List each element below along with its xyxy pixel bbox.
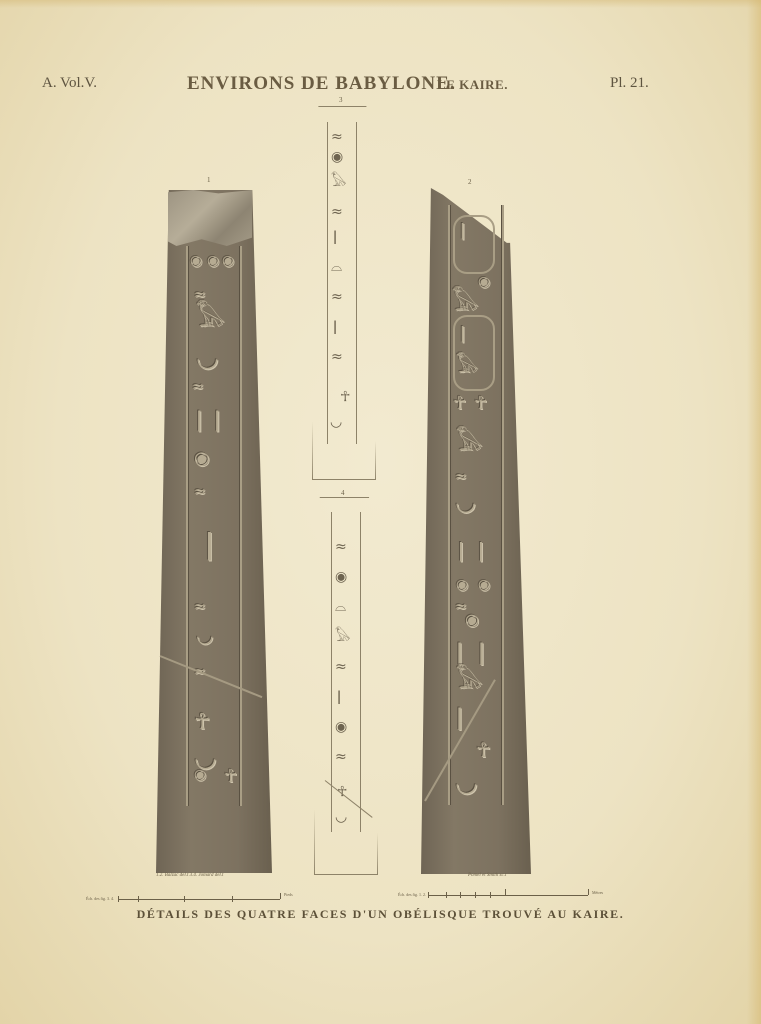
figure-number-3: 3 bbox=[339, 96, 343, 104]
bird-icon: 𓅃 bbox=[456, 430, 483, 454]
sun-disc-icon: ◉ bbox=[465, 612, 479, 628]
reed-icon: ǀ bbox=[456, 640, 463, 664]
ankh-icon: ☥ bbox=[194, 712, 210, 734]
reed-icon: ǀ bbox=[214, 410, 221, 432]
bird-icon: 𓅃 bbox=[452, 290, 479, 314]
ankh-icon: ☥ bbox=[224, 768, 237, 786]
reed-icon: ǀ bbox=[205, 530, 214, 560]
water-icon: ≈ bbox=[194, 600, 206, 614]
basket-icon: ◡ bbox=[455, 770, 478, 796]
water-icon: ≈ bbox=[192, 380, 204, 394]
sun-disc-icon: ◉ bbox=[207, 254, 219, 268]
plate-title: ENVIRONS DE BABYLONE. bbox=[187, 73, 456, 95]
water-icon: ≈ bbox=[194, 288, 206, 302]
bird-icon: 𓅃 bbox=[456, 668, 483, 692]
reed-icon: ǀ bbox=[478, 540, 484, 560]
credit-left: 1.2. Balzac del.t 3.4. Jomard del.t bbox=[156, 873, 223, 878]
sun-disc-icon: ◉ bbox=[331, 150, 343, 164]
water-icon: ≈ bbox=[455, 470, 467, 484]
basket-icon: ◡ bbox=[455, 490, 476, 514]
reed-icon: ǀ bbox=[337, 690, 341, 704]
sun-disc-icon: ◉ bbox=[194, 450, 210, 468]
scale-label-left: Éch. des fig. 3. 4. bbox=[86, 896, 114, 901]
water-icon: ≈ bbox=[331, 290, 343, 304]
ankh-icon: ☥ bbox=[340, 390, 350, 404]
figure-number-1: 1 bbox=[207, 176, 211, 184]
reed-icon: ǀ bbox=[333, 320, 337, 334]
water-icon: ≈ bbox=[335, 750, 347, 764]
reed-icon: ǀ bbox=[460, 325, 465, 343]
water-icon: ≈ bbox=[331, 350, 343, 364]
volume-label: A. Vol.V. bbox=[42, 75, 97, 92]
loaf-icon: ⌓ bbox=[331, 260, 342, 274]
ankh-icon: ☥ bbox=[474, 395, 487, 413]
reed-icon: ǀ bbox=[460, 222, 465, 240]
ankh-icon: ☥ bbox=[453, 395, 466, 413]
sun-disc-icon: ◉ bbox=[194, 768, 206, 782]
sun-disc-icon: ◉ bbox=[335, 720, 347, 734]
bird-icon: 𓅃 bbox=[456, 355, 478, 375]
figure-number-2: 2 bbox=[468, 178, 472, 186]
water-icon: ≈ bbox=[335, 540, 347, 554]
reed-icon: ǀ bbox=[458, 540, 464, 560]
bird-icon: 𓅃 bbox=[331, 175, 347, 189]
plate-subtitle: LE KAIRE. bbox=[437, 77, 508, 93]
plate-number: Pl. 21. bbox=[610, 75, 649, 92]
water-icon: ≈ bbox=[331, 205, 343, 219]
plate-caption: DÉTAILS DES QUATRE FACES D'UN OBÉLISQUE … bbox=[0, 907, 761, 922]
water-icon: ≈ bbox=[335, 660, 347, 674]
broken-stone-top bbox=[168, 190, 252, 246]
sun-disc-icon: ◉ bbox=[190, 254, 202, 268]
figure-number-4: 4 bbox=[341, 489, 345, 497]
plate-page: A. Vol.V. ENVIRONS DE BABYLONE. LE KAIRE… bbox=[0, 0, 761, 1024]
reed-icon: ǀ bbox=[456, 705, 463, 729]
water-icon: ≈ bbox=[331, 130, 343, 144]
bird-icon: 𓅃 bbox=[335, 630, 351, 644]
scale-end-left: Pieds bbox=[284, 892, 293, 897]
bird-icon: 𓅃 bbox=[196, 305, 225, 331]
reed-icon: ǀ bbox=[196, 410, 203, 432]
basket-icon: ◡ bbox=[335, 810, 347, 824]
loaf-icon: ⌓ bbox=[335, 600, 346, 614]
credit-right: Pomel et Smith sc.t bbox=[468, 873, 506, 878]
ankh-icon: ☥ bbox=[476, 740, 491, 760]
paper-edge-top bbox=[0, 0, 761, 8]
sun-disc-icon: ◉ bbox=[222, 254, 234, 268]
sun-disc-icon: ◉ bbox=[335, 570, 347, 584]
basket-icon: ◡ bbox=[330, 415, 342, 429]
sun-disc-icon: ◉ bbox=[456, 578, 468, 592]
scale-label-right: Éch. des fig. 1. 2. bbox=[398, 892, 426, 897]
water-icon: ≈ bbox=[194, 485, 206, 499]
scale-end-right: Mètres bbox=[592, 890, 603, 895]
paper-edge-right bbox=[747, 0, 761, 1024]
sun-disc-icon: ◉ bbox=[478, 275, 490, 289]
reed-icon: ǀ bbox=[333, 230, 337, 244]
reed-icon: ǀ bbox=[478, 640, 485, 664]
sun-disc-icon: ◉ bbox=[478, 578, 490, 592]
basket-icon: ◡ bbox=[196, 345, 219, 371]
basket-icon: ◡ bbox=[196, 625, 213, 645]
